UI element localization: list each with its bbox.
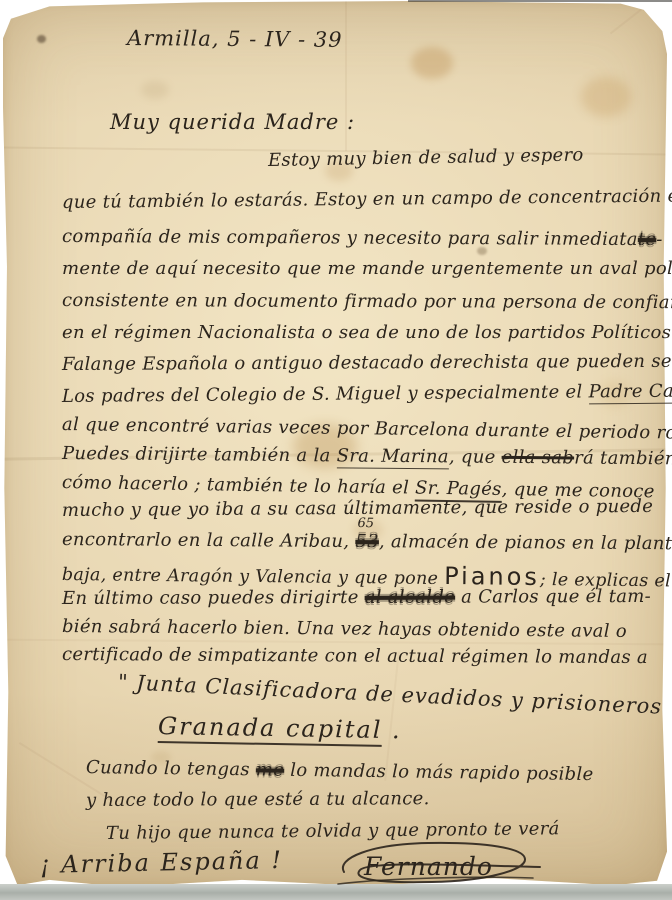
struck-word: 53 bbox=[355, 531, 379, 552]
line-text: Los padres del Colegio de S. Miguel y es… bbox=[62, 381, 589, 407]
salutation-text: Muy querida Madre : bbox=[110, 110, 355, 134]
struck-word: te bbox=[638, 229, 657, 250]
underlined-name: Sra. Marina bbox=[337, 445, 449, 469]
line-text: a Carlos que él tam- bbox=[455, 586, 651, 608]
line-text: bién sabrá hacerlo bien. Una vez hayas o… bbox=[62, 616, 627, 642]
letter-line: encontrarlo en la calle Aribau, 6553, al… bbox=[62, 529, 672, 554]
line-text: mente de aquí necesito que me mande urge… bbox=[62, 258, 672, 279]
line-text: compañía de mis compañeros y necesito pa… bbox=[62, 226, 638, 250]
underlined-name: Granada capital bbox=[158, 712, 383, 747]
corrected-number: 6553 bbox=[355, 531, 379, 552]
line-text: rá también bbox=[574, 447, 672, 469]
line-text: que tú también lo estarás. Estoy en un c… bbox=[62, 185, 672, 213]
letter-line: compañía de mis compañeros y necesito pa… bbox=[62, 226, 663, 250]
line-text: lo mandas lo más rapido posible bbox=[284, 760, 594, 785]
line-text: baja, entre Aragón y Valencia y que pone bbox=[62, 565, 444, 589]
letter-line: certificado de simpatizante con el actua… bbox=[62, 644, 648, 668]
line-text: al que encontré varias veces por Barcelo… bbox=[62, 414, 672, 444]
viva-line: ¡ Arriba España ! bbox=[40, 846, 284, 879]
letter-line: En último caso puedes dirigirte al alcal… bbox=[62, 586, 651, 609]
letter-line: que tú también lo estarás. Estoy en un c… bbox=[62, 185, 672, 213]
letter-line: Cuando lo tengas me lo mandas lo más rap… bbox=[86, 757, 594, 785]
line-text: en el régimen Nacionalista o sea de uno … bbox=[62, 322, 672, 343]
line-text: certificado de simpatizante con el actua… bbox=[62, 644, 648, 668]
address-line: Granada capital . bbox=[158, 712, 402, 744]
letter-line: Estoy muy bien de salud y espero bbox=[268, 144, 584, 171]
letter-line: al que encontré varias veces por Barcelo… bbox=[62, 414, 672, 444]
struck-word: al alcalde bbox=[365, 587, 456, 608]
date-text: Armilla, 5 - IV - 39 bbox=[127, 26, 343, 52]
line-text: - bbox=[656, 229, 663, 250]
struck-word: me bbox=[256, 759, 285, 780]
line-text: encontrarlo en la calle Aribau, bbox=[62, 529, 356, 552]
line-text: En último caso puedes dirigirte bbox=[62, 587, 365, 609]
line-text: Estoy muy bien de salud y espero bbox=[268, 144, 584, 171]
line-text: consistente en un documento firmado por … bbox=[62, 290, 672, 313]
letter-line: en el régimen Nacionalista o sea de uno … bbox=[62, 322, 672, 343]
underlined-name: Padre Camilo bbox=[588, 380, 672, 404]
signature-name: Fernando bbox=[364, 852, 493, 881]
letter-line: bién sabrá hacerlo bien. Una vez hayas o… bbox=[62, 616, 627, 642]
letter-line: Puedes dirijirte también a la Sra. Marin… bbox=[62, 443, 672, 469]
line-text: Puedes dirijirte también a la bbox=[62, 443, 337, 466]
letter-line: mente de aquí necesito que me mande urge… bbox=[62, 258, 672, 279]
signature: Fernando bbox=[328, 834, 553, 896]
struck-word: ella sab bbox=[502, 447, 575, 469]
line-text: y hace todo lo que esté a tu alcance. bbox=[86, 788, 430, 811]
date-line: Armilla, 5 - IV - 39 bbox=[127, 26, 343, 52]
letter-line: y hace todo lo que esté a tu alcance. bbox=[86, 788, 430, 811]
letter-line: Falange Española o antiguo destacado der… bbox=[62, 351, 672, 375]
line-text: . bbox=[382, 716, 402, 744]
line-text: ¡ Arriba España ! bbox=[40, 846, 284, 879]
correction-above: 65 bbox=[357, 516, 374, 531]
letter-text: Armilla, 5 - IV - 39 Muy querida Madre :… bbox=[0, 0, 672, 900]
letter-line: Los padres del Colegio de S. Miguel y es… bbox=[62, 380, 672, 407]
letter-line: consistente en un documento firmado por … bbox=[62, 290, 672, 313]
line-text: , que bbox=[449, 446, 502, 467]
line-text: , almacén de pianos en la planta bbox=[379, 531, 672, 554]
salutation: Muy querida Madre : bbox=[110, 110, 355, 134]
line-text: cómo hacerlo ; también te lo haría el bbox=[62, 472, 415, 499]
line-text: Cuando lo tengas bbox=[86, 757, 256, 780]
line-text: Falange Española o antiguo destacado der… bbox=[62, 351, 672, 375]
